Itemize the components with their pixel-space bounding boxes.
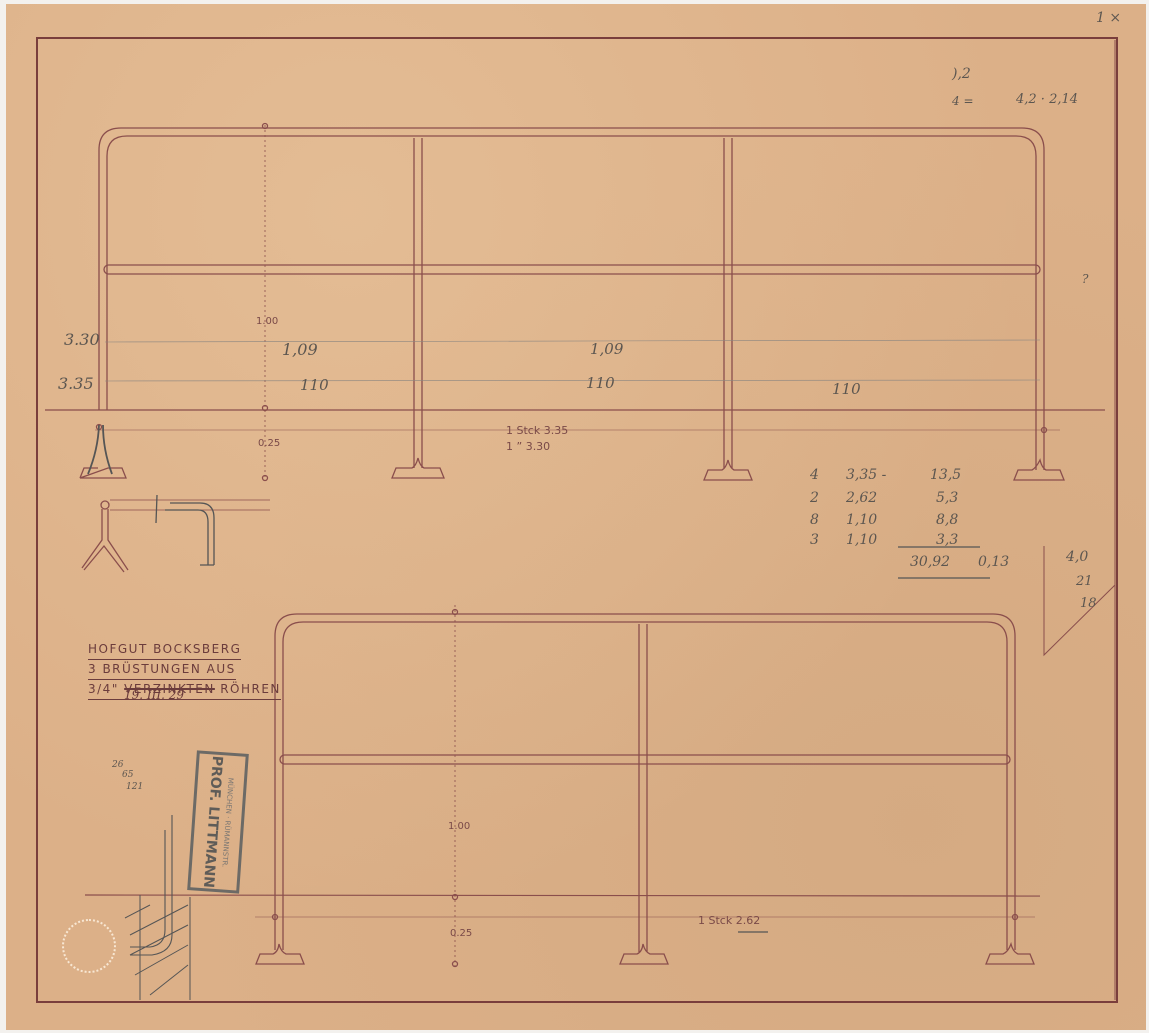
pipe-word: RÖHREN [220,682,281,696]
span-lower-1: 110 [300,376,329,394]
stamp-name: PROF. LITTMANN [200,755,225,888]
title-block: HOFGUT BOCKSBERG 3 BRÜSTUNGEN AUS 3/4" V… [88,640,281,700]
calc-total: 3,3 [936,532,958,548]
title-line-2: 3 BRÜSTUNGEN AUS [88,660,236,680]
span-upper-2: 1,09 [590,340,623,358]
calc-len: 3,35 - [846,467,886,483]
calc-total: 8,8 [936,512,958,528]
piece-2: 1 ” 3.30 [506,440,550,453]
dim-3-35: 3.35 [58,374,94,393]
embossed-seal [62,919,116,973]
drawing-sheet: 1 × ),2 4 = 4,2 · 2,14 ? 1.00 0.25 3.30 … [6,4,1146,1030]
architect-stamp: PROF. LITTMANN MÜNCHEN · RÜMANNSTR. [187,750,249,893]
lower-piece: 1 Stck 2.62 [698,914,760,927]
fraction-3: 121 [126,782,143,792]
piece-1: 1 Stck 3.35 [506,424,568,437]
title-line-1: HOFGUT BOCKSBERG [88,640,241,660]
calc-total: 13,5 [930,467,961,483]
wall-section-sketch [125,815,190,1000]
upper-base-label: 0.25 [258,438,280,449]
upper-height-label: 1.00 [256,316,278,327]
note-top-1: ),2 [952,66,971,82]
calc-sum: 30,92 [910,554,950,570]
drawing-date: 19. III. 29 [124,688,184,702]
calc-qty: 8 [810,512,819,528]
calc-len: 1,10 [846,532,877,548]
side-note-1: 4,0 [1066,549,1088,565]
lower-base-label: 0.25 [450,928,472,939]
fraction-1: 26 [112,760,123,770]
lower-height-label: 1.00 [448,821,470,832]
span-upper-1: 1,09 [282,340,318,359]
margin-mark: ? [1082,272,1088,286]
calc-len: 1,10 [846,512,877,528]
span-lower-2: 110 [586,374,615,392]
calc-qty: 3 [810,532,819,548]
calc-qty: 2 [810,490,819,506]
side-note-3: 18 [1080,596,1097,611]
railing-drawing [6,4,1146,1030]
upper-railing [45,124,1105,481]
calc-len: 2,62 [846,490,877,506]
calc-qty: 4 [810,467,819,483]
fraction-2: 65 [122,770,133,780]
note-top-2: 4 = [952,94,974,108]
corner-mark: 1 × [1096,10,1121,26]
note-top-3: 4,2 · 2,14 [1016,92,1078,107]
dim-3-30: 3.30 [64,330,100,349]
side-note-2: 21 [1076,574,1093,589]
detail-sketches [82,495,270,572]
pipe-size: 3/4" [88,682,119,696]
title-line-3: 3/4" VERZINKTEN RÖHREN [88,680,281,700]
calc-extra: 0,13 [978,554,1009,570]
span-lower-3: 110 [832,380,861,398]
calc-total: 5,3 [936,490,958,506]
